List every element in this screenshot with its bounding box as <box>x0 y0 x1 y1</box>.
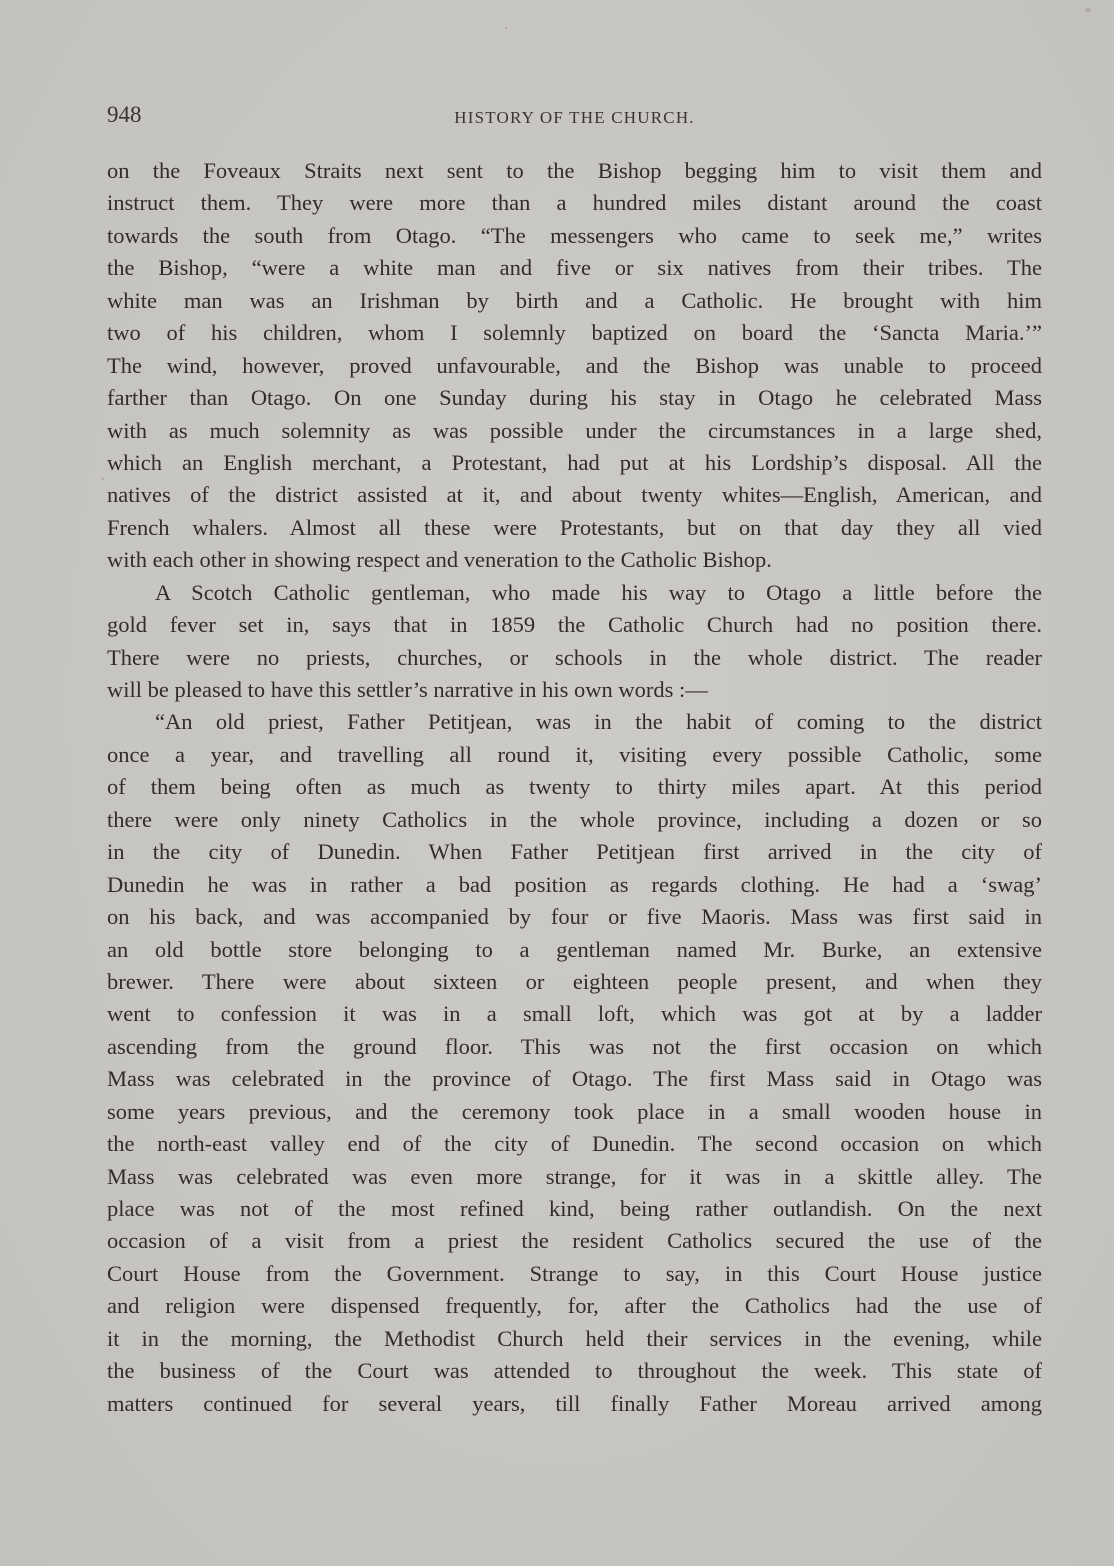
text-line: natives of the district assisted at it, … <box>107 479 1042 511</box>
text-line: an old bottle store belonging to a gentl… <box>107 934 1042 966</box>
text-line: ascending from the ground floor. This wa… <box>107 1031 1042 1063</box>
text-line: there were only ninety Catholics in the … <box>107 804 1042 836</box>
text-line: which an English merchant, a Protestant,… <box>107 447 1042 479</box>
text-line: the north-east valley end of the city of… <box>107 1128 1042 1160</box>
body-text: on the Foveaux Straits next sent to the … <box>107 155 1042 1420</box>
running-title: HISTORY OF THE CHURCH. <box>107 108 1042 128</box>
text-line: the Bishop, “were a white man and five o… <box>107 252 1042 284</box>
text-line: went to confession it was in a small lof… <box>107 998 1042 1030</box>
text-line: farther than Otago. On one Sunday during… <box>107 382 1042 414</box>
text-line: instruct them. They were more than a hun… <box>107 187 1042 219</box>
text-line: some years previous, and the ceremony to… <box>107 1096 1042 1128</box>
text-line: in the city of Dunedin. When Father Peti… <box>107 836 1042 868</box>
book-page: 948 HISTORY OF THE CHURCH. on the Foveau… <box>0 0 1114 1566</box>
text-line: two of his children, whom I solemnly bap… <box>107 317 1042 349</box>
text-line: white man was an Irishman by birth and a… <box>107 285 1042 317</box>
text-line: once a year, and travelling all round it… <box>107 739 1042 771</box>
text-line: matters continued for several years, til… <box>107 1388 1042 1420</box>
text-line: on his back, and was accompanied by four… <box>107 901 1042 933</box>
text-line: gold fever set in, says that in 1859 the… <box>107 609 1042 641</box>
text-line: “An old priest, Father Petitjean, was in… <box>107 706 1042 738</box>
text-line: Dunedin he was in rather a bad position … <box>107 869 1042 901</box>
text-line: brewer. There were about sixteen or eigh… <box>107 966 1042 998</box>
text-line: place was not of the most refined kind, … <box>107 1193 1042 1225</box>
text-line: with each other in showing respect and v… <box>107 544 1042 576</box>
text-line: Court House from the Government. Strange… <box>107 1258 1042 1290</box>
paper-speck <box>505 27 507 29</box>
text-line: There were no priests, churches, or scho… <box>107 642 1042 674</box>
text-line: occasion of a visit from a priest the re… <box>107 1225 1042 1257</box>
text-line: towards the south from Otago. “The messe… <box>107 220 1042 252</box>
text-line: of them being often as much as twenty to… <box>107 771 1042 803</box>
text-line: The wind, however, proved unfavourable, … <box>107 350 1042 382</box>
text-line: A Scotch Catholic gentleman, who made hi… <box>107 577 1042 609</box>
text-line: and religion were dispensed frequently, … <box>107 1290 1042 1322</box>
text-line: it in the morning, the Methodist Church … <box>107 1323 1042 1355</box>
paper-speck <box>102 478 104 480</box>
text-line: Mass was celebrated was even more strang… <box>107 1161 1042 1193</box>
text-line: with as much solemnity as was possible u… <box>107 415 1042 447</box>
running-head: 948 HISTORY OF THE CHURCH. <box>107 100 1042 130</box>
text-line: on the Foveaux Straits next sent to the … <box>107 155 1042 187</box>
text-line: French whalers. Almost all these were Pr… <box>107 512 1042 544</box>
text-line: Mass was celebrated in the province of O… <box>107 1063 1042 1095</box>
paper-speck <box>1085 8 1091 12</box>
text-line: will be pleased to have this settler’s n… <box>107 674 1042 706</box>
text-line: the business of the Court was attended t… <box>107 1355 1042 1387</box>
